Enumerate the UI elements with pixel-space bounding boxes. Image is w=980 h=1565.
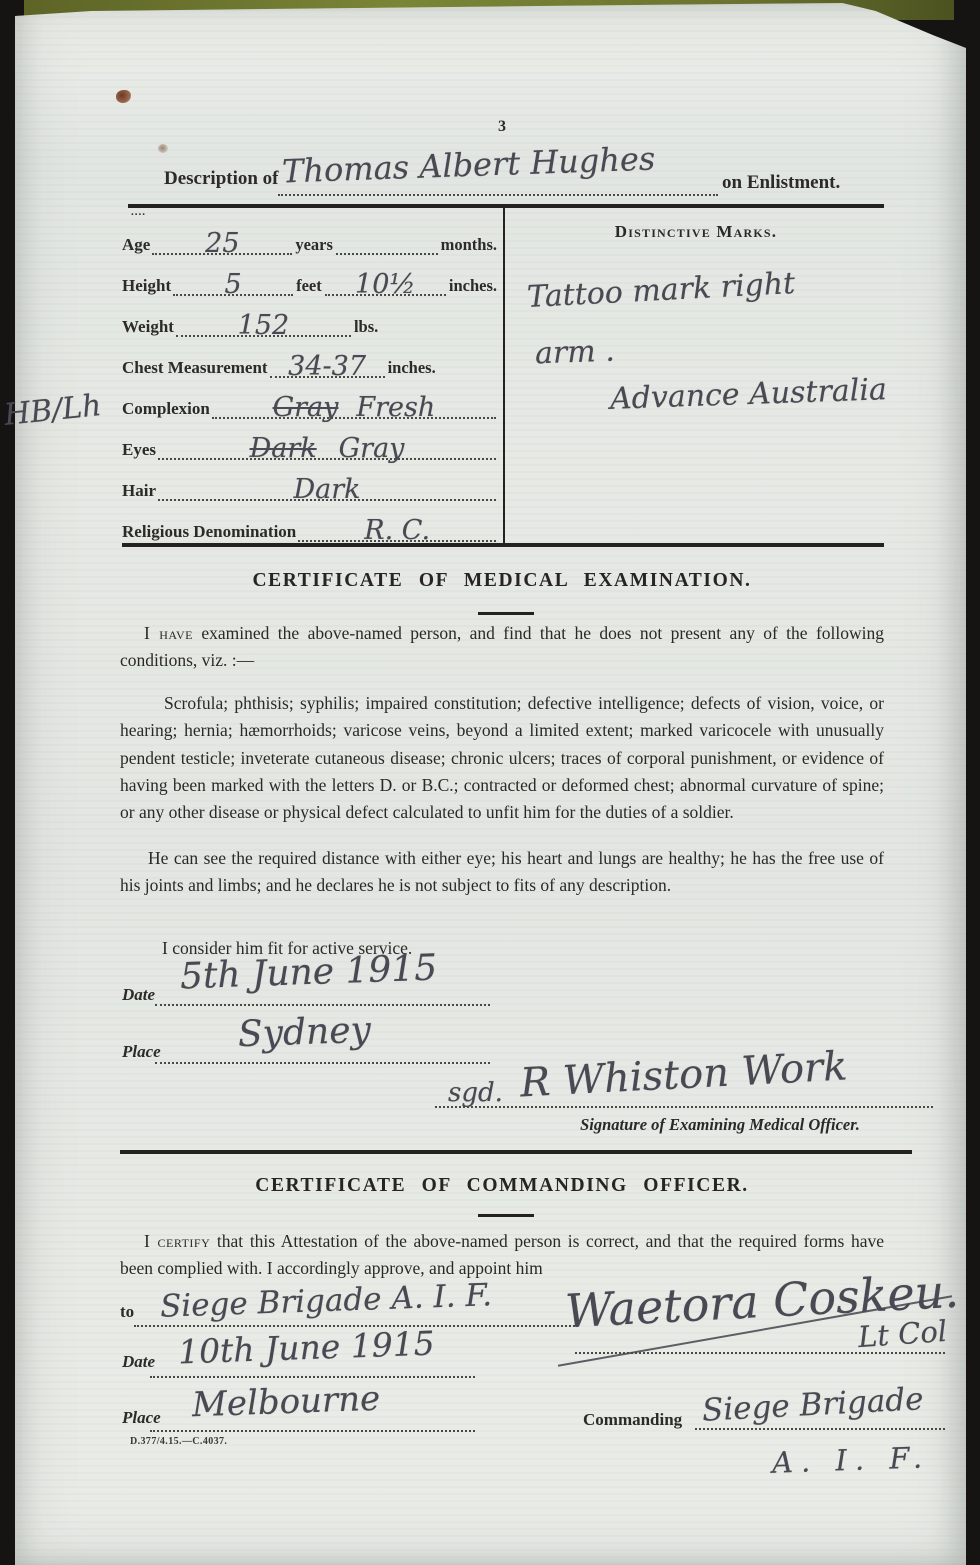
description-of-label: Description of (164, 168, 279, 190)
medical-certificate-title: CERTIFICATE OF MEDICAL EXAMINATION. (120, 570, 884, 592)
appoint-to-label: to (120, 1302, 134, 1322)
commanding-label: Commanding (583, 1410, 682, 1430)
religion-label: Religious Denomination (122, 522, 296, 542)
commanding-date-line (150, 1340, 475, 1378)
margin-initials-note: HB/Lh (3, 393, 103, 429)
commanding-place-line (150, 1394, 475, 1432)
row-chest: Chest Measurement 34-37 inches. (122, 337, 498, 378)
row-complexion: Complexion Gray Fresh (122, 378, 498, 419)
commanding-unit-line (695, 1394, 945, 1430)
medical-date-line (155, 968, 490, 1006)
eyes-value-line: Dark Gray (158, 438, 496, 460)
height-unit-inches: inches. (448, 276, 498, 296)
medical-paragraph-3: He can see the required distance with ei… (120, 845, 884, 900)
medical-place-line (155, 1024, 490, 1064)
row-religion: Religious Denomination R. C. (122, 501, 498, 542)
weight-value: 152 (238, 315, 290, 338)
eyes-value: Gray (339, 438, 405, 461)
commanding-paragraph-lead: I certify (144, 1231, 210, 1251)
chest-value: 34-37 (288, 356, 366, 379)
name-underline (278, 160, 718, 196)
age-value-line: 25 (152, 233, 292, 255)
row-hair: Hair Dark (122, 460, 498, 501)
height-inches-value: 10½ (355, 274, 416, 297)
medical-signature-caption: Signature of Examining Medical Officer. (560, 1115, 880, 1135)
height-feet-value: 5 (225, 274, 242, 297)
row-age: Age 25 years months. (122, 214, 498, 255)
appoint-to-line (134, 1288, 578, 1327)
commanding-paragraph-rest: that this Attestation of the above-named… (120, 1231, 884, 1278)
on-enlistment-label: on Enlistment. (722, 172, 840, 194)
commanding-certificate-title: CERTIFICATE OF COMMANDING OFFICER. (120, 1175, 884, 1197)
eyes-label: Eyes (122, 440, 156, 460)
page-number: 3 (498, 118, 506, 136)
row-height: Height 5 feet 10½ inches. (122, 255, 498, 296)
hair-label: Hair (122, 481, 156, 501)
religion-value: R. C. (364, 520, 430, 543)
complexion-label: Complexion (122, 399, 210, 419)
chest-label: Chest Measurement (122, 358, 268, 378)
distinctive-marks-line2: arm . (535, 339, 616, 367)
complexion-struck-value: Gray (273, 397, 339, 420)
medical-paragraph-2: Scrofula; phthisis; syphilis; impaired c… (120, 690, 884, 826)
form-code: D.377/4.15.—C.4037. (130, 1436, 227, 1447)
commanding-title-rule (478, 1214, 534, 1217)
weight-unit: lbs. (353, 317, 379, 337)
chest-value-line: 34-37 (270, 356, 385, 378)
eyes-struck-value: Dark (250, 438, 317, 461)
commanding-unit-value2: A. I. F. (772, 1445, 931, 1475)
religion-value-line: R. C. (298, 520, 496, 542)
section-divider-rule (120, 1150, 912, 1154)
table-top-rule (128, 204, 884, 208)
age-unit-years: years (294, 235, 334, 255)
weight-value-line: 152 (176, 315, 351, 337)
weight-label: Weight (122, 317, 174, 337)
medical-paragraph-1-rest: examined the above-named person, and fin… (120, 623, 884, 670)
chest-unit: inches. (387, 358, 437, 378)
distinctive-marks-title: Distinctive Marks. (615, 222, 777, 241)
height-unit-feet: feet (295, 276, 323, 296)
row-weight: Weight 152 lbs. (122, 296, 498, 337)
medical-signature-line (435, 1070, 933, 1108)
rust-spot-small (158, 144, 168, 153)
height-feet-line: 5 (173, 274, 293, 296)
distinctive-marks-title-wrap: Distinctive Marks. (512, 222, 880, 242)
table-bottom-rule (122, 543, 884, 547)
complexion-value-line: Gray Fresh (212, 397, 496, 419)
commanding-signature-line (575, 1318, 945, 1354)
complexion-value: Fresh (356, 397, 435, 420)
age-label: Age (122, 235, 150, 255)
distinctive-marks-line3: Advance Australia (610, 377, 888, 412)
age-unit-months: months. (440, 235, 498, 255)
medical-paragraph-1-lead: I have (144, 623, 193, 643)
medical-title-rule (478, 612, 534, 615)
row-eyes: Eyes Dark Gray (122, 419, 498, 460)
height-inches-line: 10½ (325, 274, 446, 296)
medical-date-label: Date (122, 985, 155, 1005)
medical-paragraph-1: I have examined the above-named person, … (120, 620, 884, 675)
age-value: 25 (205, 233, 239, 256)
hair-value-line: Dark (158, 479, 496, 501)
hair-value: Dark (293, 479, 360, 502)
height-label: Height (122, 276, 171, 296)
description-table: Age 25 years months. Height 5 feet 10½ i… (122, 214, 498, 542)
table-divider (503, 208, 505, 545)
